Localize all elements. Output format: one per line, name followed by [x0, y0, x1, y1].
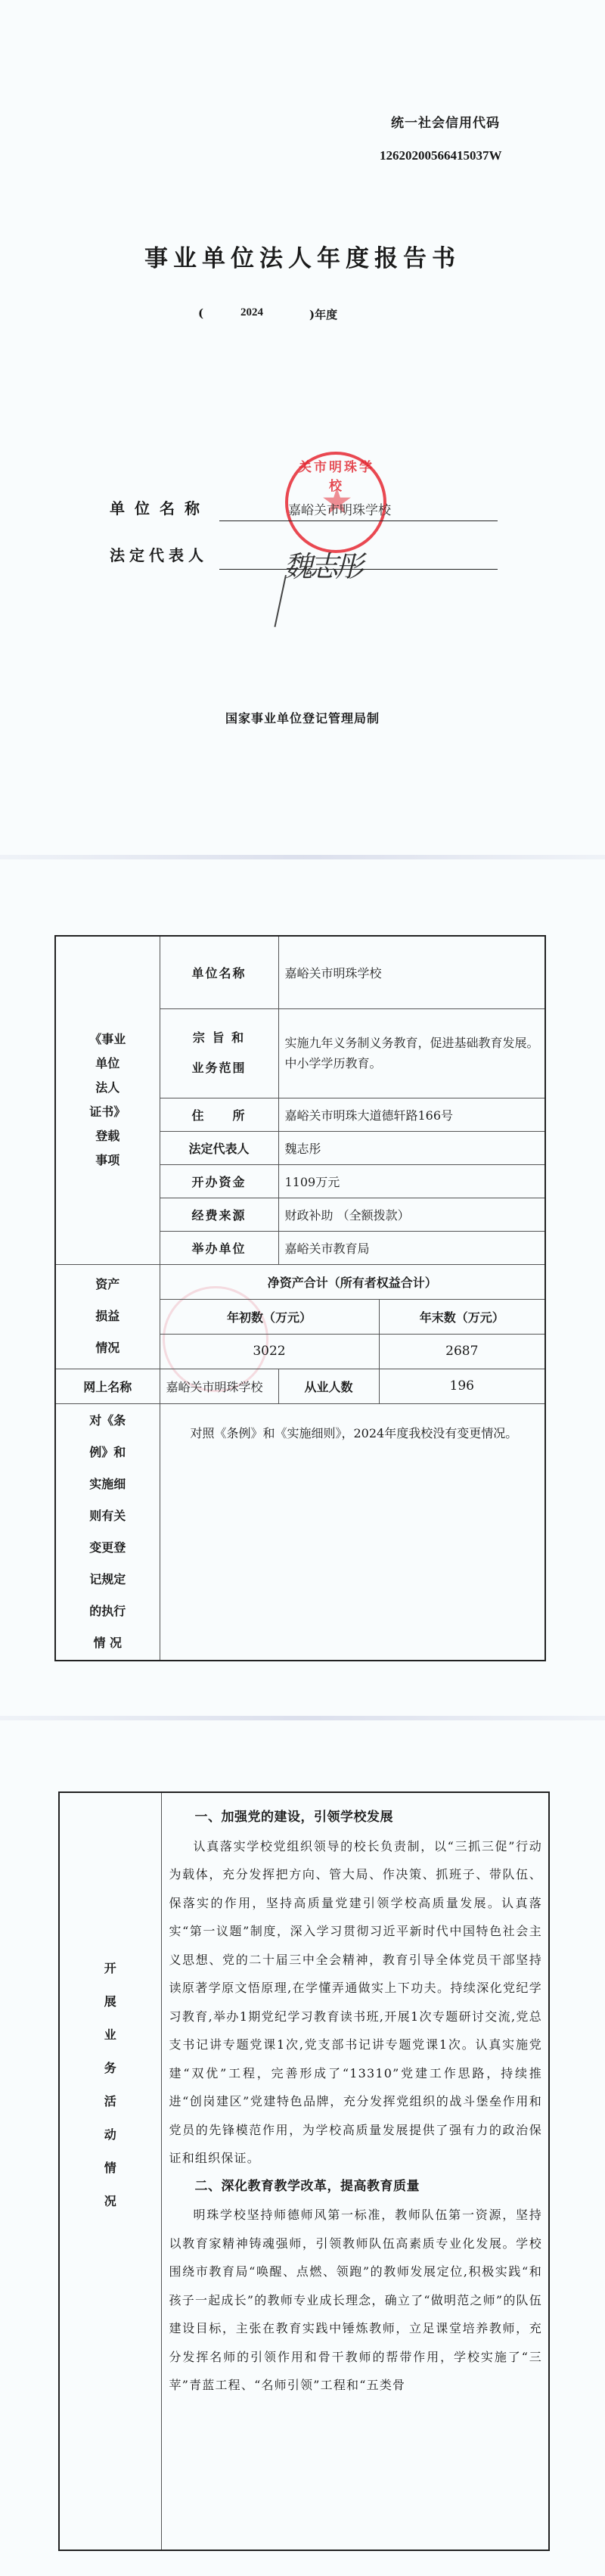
section-heading: 一、加强党的建设，引领学校发展 [169, 1804, 543, 1832]
page-break [0, 1716, 605, 1720]
activities-table: 开 展 业 务 活 动 情 况 一、加强党的建设，引领学校发展 认真落实学校党组… [58, 1791, 550, 2551]
label-line: 登载 [56, 1124, 160, 1148]
sponsor-label: 举办单位 [160, 1231, 278, 1264]
compliance-section-label: 对《条 例》和 实施细 则有关 变更登 记规定 的执行 情 况 [55, 1403, 160, 1661]
label-line: 的执行 [56, 1596, 160, 1627]
label-line: 对《条 [56, 1405, 160, 1437]
label-line: 例》和 [56, 1437, 160, 1468]
year-suffix: )年度 [309, 306, 337, 322]
label-line: 资产 [56, 1269, 160, 1300]
label-line: 记规定 [56, 1564, 160, 1596]
label-char: 情 [60, 2152, 161, 2185]
legal-rep-underline [219, 569, 498, 570]
label-line: 业务范围 [160, 1053, 278, 1083]
label-line: 《事业 [56, 1027, 160, 1052]
label-line: 单位 [56, 1052, 160, 1076]
funding-label: 开办资金 [160, 1164, 278, 1198]
label-line: 事项 [56, 1148, 160, 1173]
fund-source-value: 财政补助 （全额拨款） [278, 1198, 545, 1231]
label-line: 损益 [56, 1300, 160, 1332]
end-year-label: 年末数（万元） [379, 1299, 545, 1334]
purpose-scope-label: 宗 旨 和 业务范围 [160, 1008, 278, 1098]
label-char: 业 [60, 2018, 161, 2052]
unit-name-value: 嘉峪关市明珠学校 [278, 936, 545, 1008]
label-line: 法人 [56, 1076, 160, 1100]
signature-stroke [274, 575, 287, 627]
address-label: 住 所 [160, 1098, 278, 1131]
label-line: 情况 [56, 1332, 160, 1364]
registration-table: 《事业 单位 法人 证书》 登载 事项 单位名称 嘉峪关市明珠学校 宗 旨 和 … [54, 935, 546, 1661]
page-break [0, 855, 605, 859]
label-line: 变更登 [56, 1532, 160, 1564]
credit-code: 12620200566415037W [380, 148, 502, 163]
online-name-label: 网上名称 [55, 1369, 160, 1403]
staff-count-value: 196 [379, 1369, 545, 1403]
purpose-scope-value: 实施九年义务制义务教育，促进基础教育发展。中小学学历教育。 [278, 1008, 545, 1098]
publisher: 国家事业单位登记管理局制 [0, 709, 605, 726]
label-line: 证书》 [56, 1100, 160, 1124]
label-line: 则有关 [56, 1500, 160, 1532]
section-body: 明珠学校坚持师德师风第一标准，教师队伍第一资源，坚持以教育家精神铸魂强师，引领教… [169, 2201, 543, 2400]
legal-rep-signature: 魏志彤 [284, 543, 361, 585]
activities-content: 一、加强党的建设，引领学校发展 认真落实学校党组织领导的校长负责制，以“三抓三促… [161, 1792, 549, 2550]
staff-count-label: 从业人数 [278, 1369, 379, 1403]
fund-source-label: 经费来源 [160, 1198, 278, 1231]
label-char: 活 [60, 2085, 161, 2118]
unit-name-underline [219, 520, 498, 521]
online-name-value: 嘉峪关市明珠学校 [160, 1369, 278, 1403]
section-heading: 二、深化教育教学改革，提高教育质量 [169, 2173, 543, 2202]
unit-name-label: 单位名称 [110, 496, 209, 518]
label-line: 实施细 [56, 1468, 160, 1500]
credit-code-label: 统一社会信用代码 [391, 112, 500, 131]
label-char: 展 [60, 1985, 161, 2018]
funding-value: 1109万元 [278, 1164, 545, 1198]
unit-name-label: 单位名称 [160, 936, 278, 1008]
activities-section-label: 开 展 业 务 活 动 情 况 [59, 1792, 161, 2550]
begin-year-label: 年初数（万元） [160, 1299, 379, 1334]
label-line: 情 况 [56, 1627, 160, 1659]
label-line: 宗 旨 和 [160, 1023, 278, 1053]
report-year: 2024 [240, 306, 263, 319]
year-open-paren: ( [198, 306, 203, 320]
label-char: 况 [60, 2185, 161, 2218]
label-char: 开 [60, 1952, 161, 1985]
page-title: 事业单位法人年度报告书 [0, 239, 605, 273]
label-char: 动 [60, 2118, 161, 2152]
compliance-text-cell: 对照《条例》和《实施细则》，2024年度我校没有变更情况。 [160, 1403, 545, 1661]
compliance-text: 对照《条例》和《实施细则》，2024年度我校没有变更情况。 [166, 1418, 541, 1450]
address-value: 嘉峪关市明珠大道德轩路166号 [278, 1098, 545, 1131]
begin-year-value: 3022 [160, 1334, 379, 1369]
unit-name-value: 嘉峪关市明珠学校 [288, 499, 391, 518]
net-assets-header: 净资产合计（所有者权益合计） [160, 1264, 545, 1299]
end-year-value: 2687 [379, 1334, 545, 1369]
legal-rep-label: 法定代表人 [160, 1131, 278, 1164]
registration-section-label: 《事业 单位 法人 证书》 登载 事项 [55, 936, 160, 1264]
legal-rep-value: 魏志彤 [278, 1131, 545, 1164]
label-char: 务 [60, 2052, 161, 2085]
assets-section-label: 资产 损益 情况 [55, 1264, 160, 1369]
legal-rep-label: 法定代表人 [110, 543, 208, 565]
section-body: 认真落实学校党组织领导的校长负责制，以“三抓三促”行动为载体，充分发挥把方向、管… [169, 1832, 543, 2173]
sponsor-value: 嘉峪关市教育局 [278, 1231, 545, 1264]
